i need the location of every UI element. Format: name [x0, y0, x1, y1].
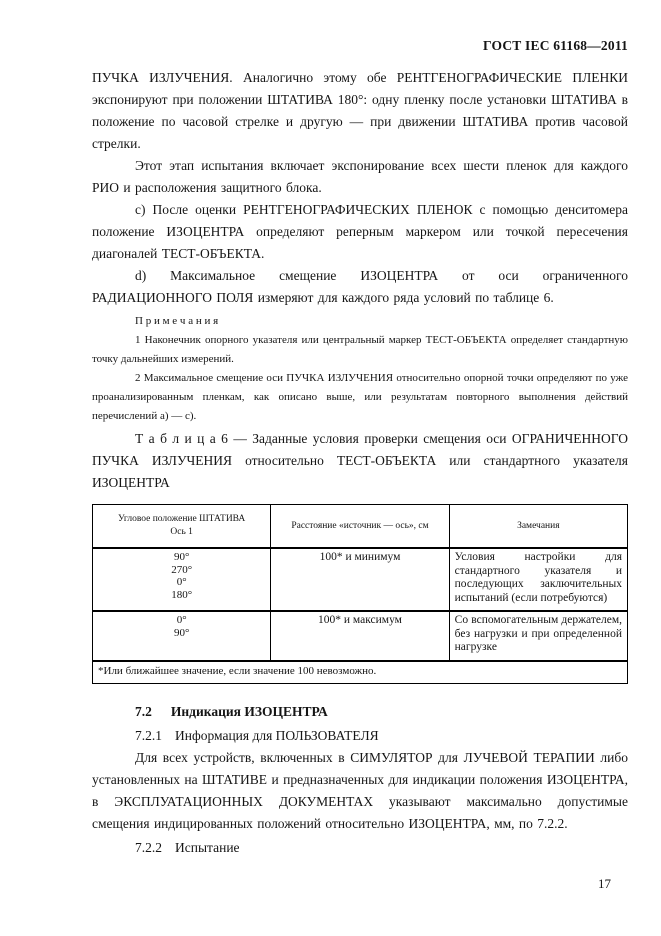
table-header-row: Угловое положение ШТАТИВА Ось 1 Расстоян… [93, 505, 628, 549]
table-footnote-row: *Или ближайшее значение, если значение 1… [93, 661, 628, 684]
angle-value: 0° [98, 576, 265, 589]
angle-value: 90° [98, 627, 265, 640]
distance-cell: 100* и максимум [271, 611, 449, 661]
angles-cell: 90° 270° 0° 180° [93, 548, 271, 611]
note-2: 2 Максимальное смещение оси ПУЧКА ИЗЛУЧЕ… [92, 369, 628, 426]
page-number: 17 [598, 876, 611, 892]
header-gantry-angle: Угловое положение ШТАТИВА Ось 1 [93, 505, 271, 549]
paragraph-continuation: ПУЧКА ИЗЛУЧЕНИЯ. Аналогично этому обе РЕ… [92, 67, 628, 155]
angle-value: 270° [98, 564, 265, 577]
header-remarks: Замечания [449, 505, 627, 549]
table-row: 90° 270° 0° 180° 100* и минимум Условия … [93, 548, 628, 611]
header-source-axis-distance: Расстояние «источник — ось», см [271, 505, 449, 549]
angle-value: 180° [98, 589, 265, 602]
section-number: 7.2 [135, 704, 152, 719]
section-title: Испытание [175, 840, 240, 855]
paragraph-7-2-1-body: Для всех устройств, включенных в СИМУЛЯТ… [92, 747, 628, 835]
remark-cell: Условия настройки для стандартного указа… [449, 548, 627, 611]
remark-cell: Со вспомогательным держателем, без нагру… [449, 611, 627, 661]
notes-label: П р и м е ч а н и я [92, 311, 628, 331]
document-page: ГОСТ IEC 61168—2011 ПУЧКА ИЗЛУЧЕНИЯ. Ана… [0, 0, 661, 936]
section-heading-7-2-2: 7.2.2Испытание [92, 837, 628, 859]
table-row: 0° 90° 100* и максимум Со вспомогательны… [93, 611, 628, 661]
angles-cell: 0° 90° [93, 611, 271, 661]
section-title: Информация для ПОЛЬЗОВАТЕЛЯ [175, 728, 379, 743]
table-6: Угловое положение ШТАТИВА Ось 1 Расстоян… [92, 504, 628, 684]
paragraph-item-c: с) После оценки РЕНТГЕНОГРАФИЧЕСКИХ ПЛЕН… [92, 199, 628, 265]
note-1: 1 Наконечник опорного указателя или цент… [92, 331, 628, 369]
section-title: Индикация ИЗОЦЕНТРА [171, 704, 328, 719]
paragraph-test-stage: Этот этап испытания включает экспонирова… [92, 155, 628, 199]
distance-cell: 100* и минимум [271, 548, 449, 611]
table-caption: Т а б л и ц а 6 — Заданные условия прове… [92, 428, 628, 494]
section-heading-7-2: 7.2Индикация ИЗОЦЕНТРА [92, 701, 628, 723]
header-gantry-angle-line2: Ось 1 [97, 526, 266, 539]
section-heading-7-2-1: 7.2.1Информация для ПОЛЬЗОВАТЕЛЯ [92, 725, 628, 747]
section-number: 7.2.1 [135, 728, 162, 743]
header-gantry-angle-line1: Угловое положение ШТАТИВА [97, 513, 266, 526]
section-number: 7.2.2 [135, 840, 162, 855]
angle-value: 90° [98, 551, 265, 564]
table-footnote: *Или ближайшее значение, если значение 1… [93, 661, 628, 684]
angle-value: 0° [98, 614, 265, 627]
paragraph-item-d: d) Максимальное смещение ИЗОЦЕНТРА от ос… [92, 265, 628, 309]
notes-block: П р и м е ч а н и я 1 Наконечник опорног… [92, 311, 628, 426]
standard-number-header: ГОСТ IEC 61168—2011 [92, 36, 628, 56]
